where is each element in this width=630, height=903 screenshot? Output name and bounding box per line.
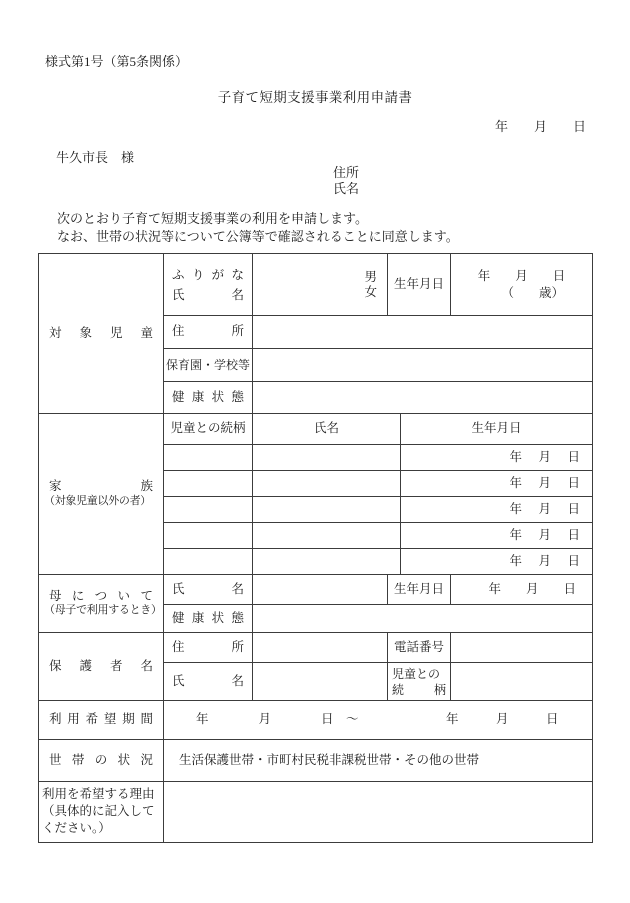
section-label-mother: 母について (43, 589, 159, 605)
family-birthdate-field[interactable]: 年 月 日 (401, 549, 593, 575)
applicant-name-label[interactable]: 氏名 (333, 181, 359, 197)
household-status-options[interactable]: 生活保護世帯・市町村民税非課税世帯・その他の世帯 (164, 740, 593, 782)
target-child-health-label: 健康状態 (164, 382, 253, 414)
guardian-relation-label: 児童との 続柄 (388, 663, 451, 701)
mother-name-label: 氏名 (164, 575, 253, 605)
application-table: 対象児童 ふりがな 氏名 男 女 生年月日 年 月 日 （ 歳） 住所 保育園・… (38, 253, 593, 843)
declaration-line-2: なお、世帯の状況等について公簿等で確認されることに同意します。 (57, 229, 459, 245)
family-name-header: 氏名 (253, 414, 401, 445)
guardian-address-field[interactable] (253, 633, 388, 663)
addressee-mayor: 牛久市長 様 (56, 150, 134, 166)
section-label-guardian: 保護者名 (43, 659, 159, 675)
family-birthdate-header: 生年月日 (401, 414, 593, 445)
target-child-name-row: 対象児童 ふりがな 氏名 男 女 生年月日 年 月 日 （ 歳） (39, 254, 593, 316)
family-name-field[interactable] (253, 471, 401, 497)
form-number: 様式第1号（第5条関係） (45, 54, 188, 70)
section-note-family: （対象児童以外の者） (43, 495, 159, 509)
reason-row: 利用を希望する理由 （具体的に記入してください。） (39, 782, 593, 843)
family-birthdate-field[interactable]: 年 月 日 (401, 445, 593, 471)
family-birthdate-field[interactable]: 年 月 日 (401, 523, 593, 549)
target-child-address-label: 住所 (164, 316, 253, 349)
family-birthdate-field[interactable]: 年 月 日 (401, 471, 593, 497)
section-target-child: 対象児童 (39, 254, 164, 414)
application-date-line[interactable]: 年 月 日 (495, 119, 586, 135)
family-birthdate-field[interactable]: 年 月 日 (401, 497, 593, 523)
target-child-health-field[interactable] (253, 382, 593, 414)
family-relation-field[interactable] (164, 549, 253, 575)
section-label-reason: 利用を希望する理由 （具体的に記入してください。） (39, 782, 164, 843)
guardian-phone-label: 電話番号 (388, 633, 451, 663)
household-row: 世帯の状況 生活保護世帯・市町村民税非課税世帯・その他の世帯 (39, 740, 593, 782)
section-mother: 母について （母子で利用するとき） (39, 575, 164, 633)
family-header-row: 家族 （対象児童以外の者） 児童との続柄 氏名 生年月日 (39, 414, 593, 445)
section-label-family: 家族 (43, 479, 159, 495)
reason-field[interactable] (164, 782, 593, 843)
page-title: 子育て短期支援事業利用申請書 (0, 90, 630, 107)
family-relation-field[interactable] (164, 523, 253, 549)
mother-health-field[interactable] (253, 605, 593, 633)
guardian-phone-field[interactable] (451, 633, 593, 663)
family-name-field[interactable] (253, 497, 401, 523)
family-relation-field[interactable] (164, 497, 253, 523)
guardian-relation-field[interactable] (451, 663, 593, 701)
mother-name-row: 母について （母子で利用するとき） 氏名 生年月日 年 月 日 (39, 575, 593, 605)
target-child-address-field[interactable] (253, 316, 593, 349)
furigana-name-label: ふりがな 氏名 (164, 254, 253, 316)
family-relation-field[interactable] (164, 445, 253, 471)
section-family: 家族 （対象児童以外の者） (39, 414, 164, 575)
guardian-address-row: 保護者名 住所 電話番号 (39, 633, 593, 663)
target-child-birthdate-field[interactable]: 年 月 日 （ 歳） (451, 254, 593, 316)
guardian-address-label: 住所 (164, 633, 253, 663)
mother-health-label: 健康状態 (164, 605, 253, 633)
family-name-field[interactable] (253, 445, 401, 471)
period-row: 利用希望期間 年 月 日 ～ 年 月 日 (39, 701, 593, 740)
target-child-school-label: 保育園・学校等 (164, 349, 253, 382)
section-note-mother: （母子で利用するとき） (43, 604, 159, 618)
family-relation-header: 児童との続柄 (164, 414, 253, 445)
guardian-name-field[interactable] (253, 663, 388, 701)
application-form-page: { "document": { "form_number": "様式第1号（第5… (0, 0, 630, 903)
section-guardian: 保護者名 (39, 633, 164, 701)
target-child-name-field[interactable]: 男 女 (253, 254, 388, 316)
section-label-target-child: 対象児童 (43, 326, 159, 342)
sex-label[interactable]: 男 女 (253, 270, 387, 300)
mother-birthdate-field[interactable]: 年 月 日 (451, 575, 593, 605)
target-child-birthdate-label: 生年月日 (388, 254, 451, 316)
declaration-line-1: 次のとおり子育て短期支援事業の利用を申請します。 (57, 211, 368, 227)
applicant-address-label[interactable]: 住所 (333, 165, 359, 181)
mother-name-field[interactable] (253, 575, 388, 605)
family-relation-field[interactable] (164, 471, 253, 497)
section-label-household: 世帯の状況 (39, 740, 164, 782)
family-name-field[interactable] (253, 523, 401, 549)
mother-birthdate-label: 生年月日 (388, 575, 451, 605)
guardian-name-label: 氏名 (164, 663, 253, 701)
family-name-field[interactable] (253, 549, 401, 575)
period-field[interactable]: 年 月 日 ～ 年 月 日 (164, 701, 593, 740)
section-label-period: 利用希望期間 (39, 701, 164, 740)
target-child-school-field[interactable] (253, 349, 593, 382)
